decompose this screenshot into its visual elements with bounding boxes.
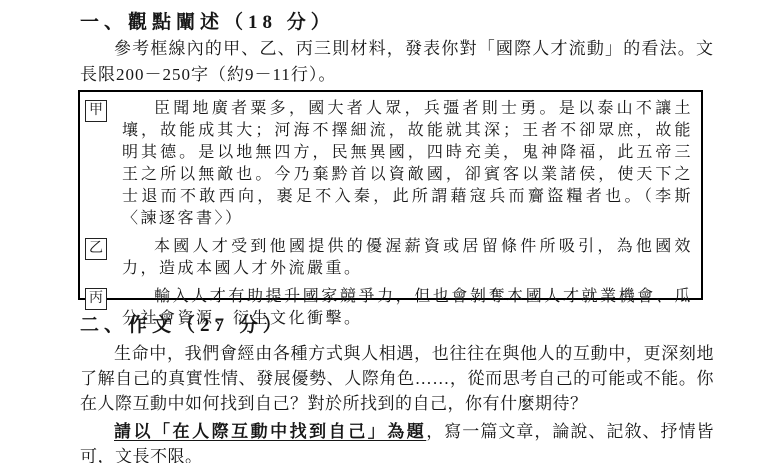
- material-text-jia: 臣聞地廣者粟多，國大者人眾，兵彊者則士勇。是以泰山不讓土壤，故能成其大；河海不擇…: [122, 98, 693, 230]
- materials-box: 甲 臣聞地廣者粟多，國大者人眾，兵彊者則士勇。是以泰山不讓土壤，故能成其大；河海…: [78, 90, 703, 300]
- section2-instruction: 請以「在人際互動中找到自己」為題，寫一篇文章，論說、記敘、抒情皆可，文長不限。: [80, 419, 714, 463]
- material-label-box-jia: 甲: [85, 100, 107, 122]
- section1-intro: 參考框線內的甲、乙、丙三則材料，發表你對「國際人才流動」的看法。文長限200－2…: [80, 36, 714, 88]
- material-row-jia: 甲 臣聞地廣者粟多，國大者人眾，兵彊者則士勇。是以泰山不讓土壤，故能成其大；河海…: [80, 98, 693, 230]
- section2-heading: 二、作文（27 分）: [80, 310, 287, 337]
- essay-title-emphasis: 請以「在人際互動中找到自己」為題: [114, 422, 426, 441]
- material-row-yi: 乙 本國人才受到他國提供的優渥薪資或居留條件所吸引，為他國效力，造成本國人才外流…: [80, 236, 693, 280]
- material-label-box-yi: 乙: [85, 238, 107, 260]
- material-text-yi: 本國人才受到他國提供的優渥薪資或居留條件所吸引，為他國效力，造成本國人才外流嚴重…: [122, 236, 693, 280]
- section2-intro: 生命中，我們會經由各種方式與人相遇，也往往在與他人的互動中，更深刻地了解自己的真…: [80, 341, 714, 416]
- section1-heading: 一、觀點闡述（18 分）: [80, 7, 335, 34]
- material-label-box-bing: 丙: [85, 288, 107, 310]
